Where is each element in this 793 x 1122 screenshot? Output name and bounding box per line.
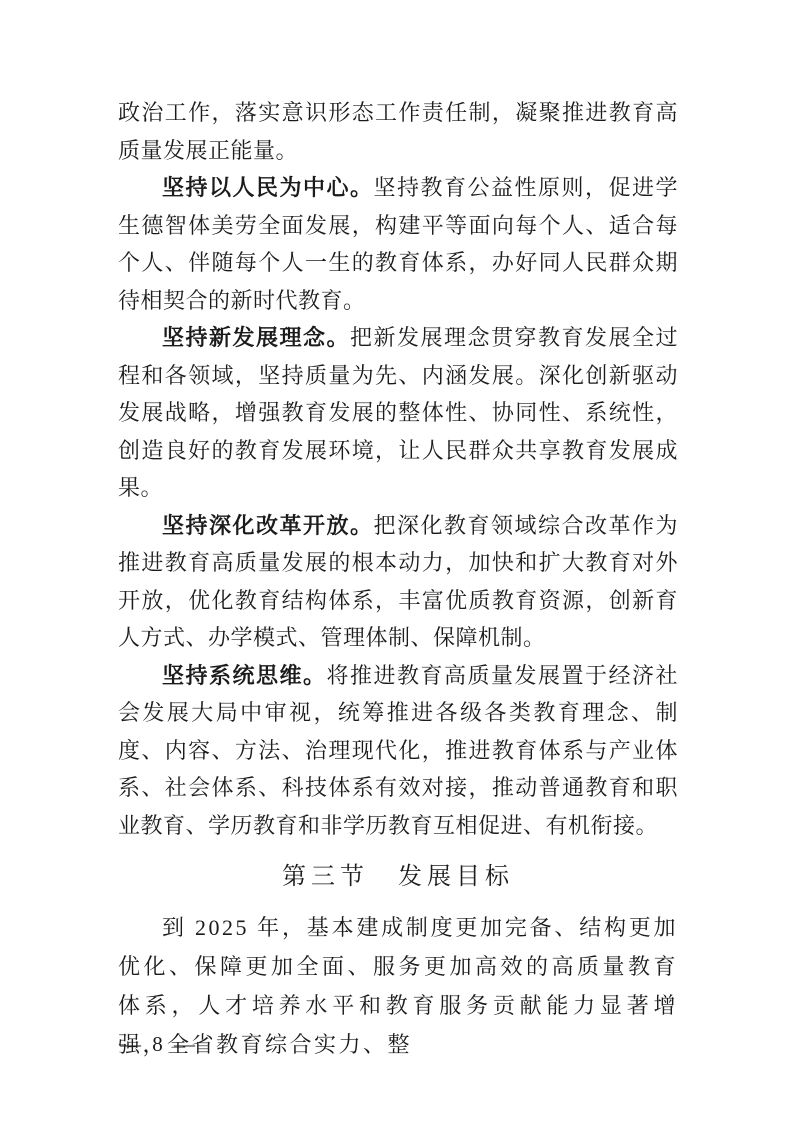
paragraph-text: 把新发展理念贯穿教育发展全过程和各领域，坚持质量为先、内涵发展。深化创新驱动发展…	[118, 325, 678, 500]
paragraph-text: 将推进教育高质量发展置于经济社会发展大局中审视，统筹推进各级各类教育理念、制度、…	[118, 663, 678, 838]
page-content: 政治工作，落实意识形态工作责任制，凝聚推进教育高质量发展正能量。 坚持以人民为中…	[118, 94, 678, 1064]
paragraph: 坚持新发展理念。把新发展理念贯穿教育发展全过程和各领域，坚持质量为先、内涵发展。…	[118, 319, 678, 507]
paragraph-text: 到 2025 年，基本建成制度更加完备、结构更加优化、保障更加全面、服务更加高效…	[118, 915, 678, 1057]
paragraph: 坚持深化改革开放。把深化教育领域综合改革作为推进教育高质量发展的根本动力，加快和…	[118, 507, 678, 657]
paragraph-lead: 坚持新发展理念。	[162, 325, 350, 350]
document-page: 政治工作，落实意识形态工作责任制，凝聚推进教育高质量发展正能量。 坚持以人民为中…	[0, 0, 793, 1122]
paragraph: 政治工作，落实意识形态工作责任制，凝聚推进教育高质量发展正能量。	[118, 94, 678, 169]
paragraph-text: 政治工作，落实意识形态工作责任制，凝聚推进教育高质量发展正能量。	[118, 100, 678, 163]
paragraph-lead: 坚持以人民为中心。	[162, 175, 374, 200]
paragraph: 到 2025 年，基本建成制度更加完备、结构更加优化、保障更加全面、服务更加高效…	[118, 908, 678, 1064]
paragraph: 坚持以人民为中心。坚持教育公益性原则，促进学生德智体美劳全面发展，构建平等面向每…	[118, 169, 678, 319]
paragraph-lead: 坚持系统思维。	[162, 663, 327, 688]
paragraph: 坚持系统思维。将推进教育高质量发展置于经济社会发展大局中审视，统筹推进各级各类教…	[118, 657, 678, 845]
page-number: — 8 —	[120, 1032, 198, 1057]
paragraph-lead: 坚持深化改革开放。	[162, 513, 374, 538]
section-heading: 第三节 发展目标	[118, 859, 678, 897]
